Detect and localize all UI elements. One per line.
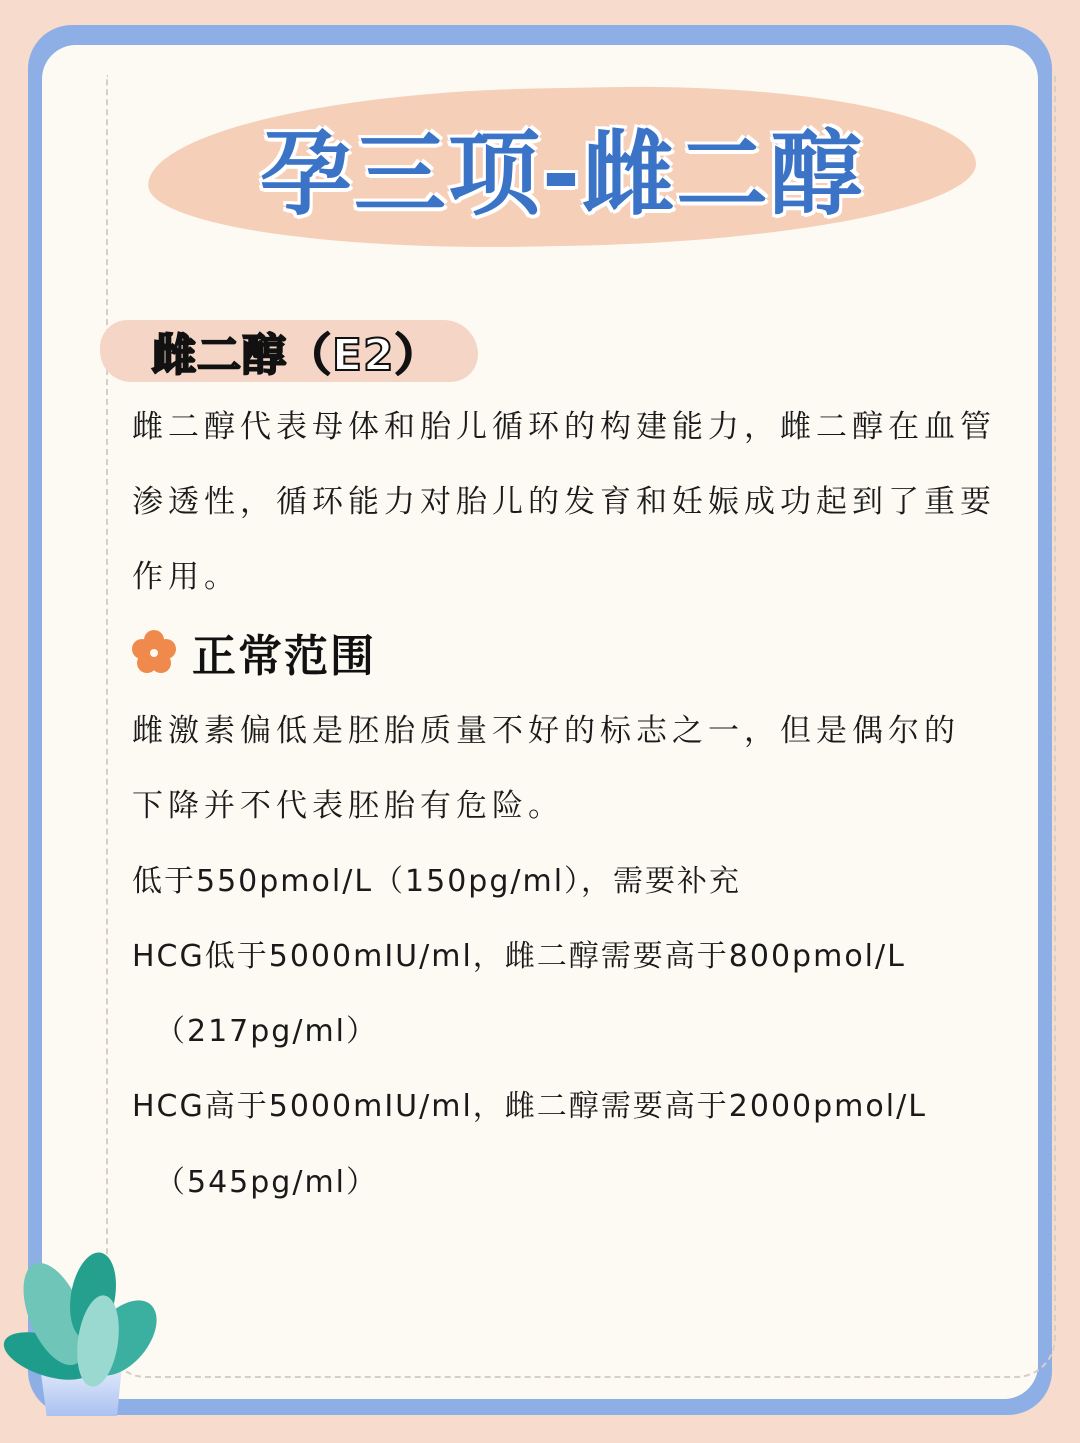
- range-item: 低于550pmol/L（150pg/ml），需要补充: [132, 862, 1012, 902]
- potted-plant-icon: [0, 1236, 170, 1416]
- range-item: HCG高于5000mIU/ml，雌二醇需要高于2000pmol/L: [132, 1087, 1012, 1127]
- page-title: 孕三项-雌二醇: [148, 92, 976, 242]
- range-item-note: （545pg/ml）: [155, 1163, 1035, 1203]
- flower-icon: [130, 628, 178, 676]
- intro-paragraph: 雌二醇代表母体和胎儿循环的构建能力，雌二醇在血管渗透性，循环能力对胎儿的发育和妊…: [132, 390, 1002, 615]
- range-item: HCG低于5000mIU/ml，雌二醇需要高于800pmol/L: [132, 937, 1012, 977]
- range-item-note: （217pg/ml）: [155, 1012, 1035, 1052]
- normal-range-heading: 正常范围: [130, 622, 376, 682]
- section-title: 正常范围: [192, 620, 376, 684]
- section-subtitle: 雌二醇（E2）: [152, 318, 440, 384]
- range-description: 雌激素偏低是胚胎质量不好的标志之一，但是偶尔的下降并不代表胚胎有危险。: [132, 694, 972, 844]
